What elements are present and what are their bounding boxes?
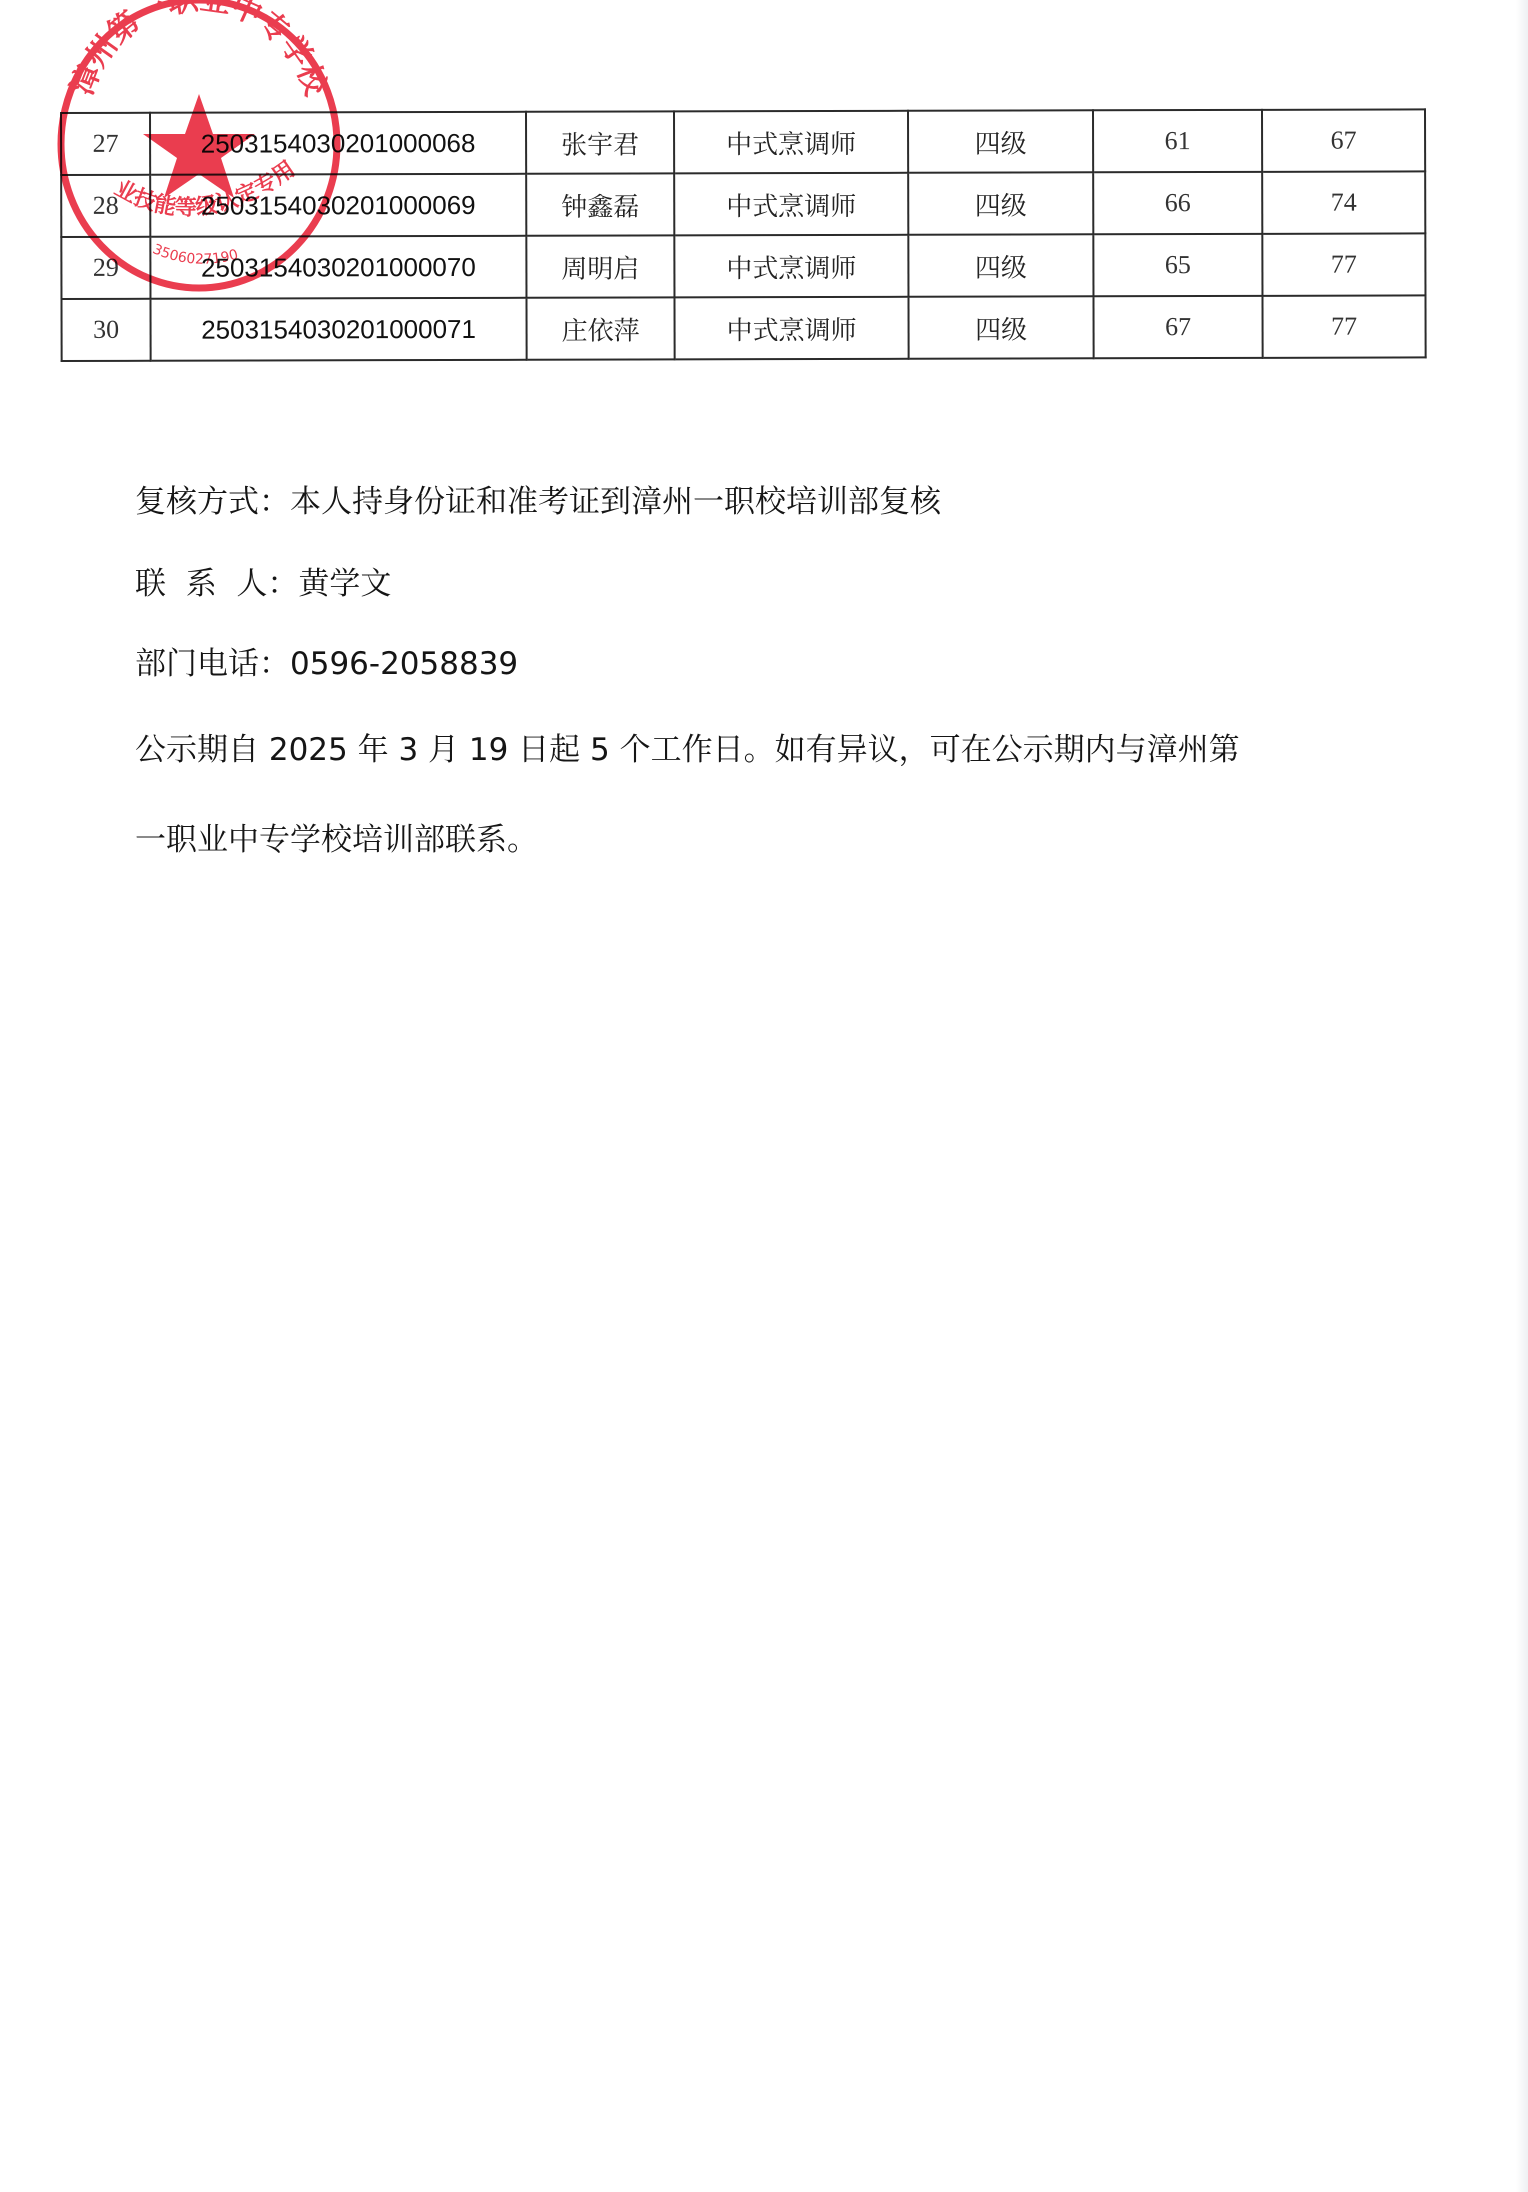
page-edge-shadow xyxy=(1516,0,1528,2192)
publicity-text-line-2: 一职业中专学校培训部联系。 xyxy=(135,820,538,860)
cell-occupation: 中式烹调师 xyxy=(674,235,908,298)
cell-no: 27 xyxy=(61,113,150,175)
review-method-text: 复核方式：本人持身份证和准考证到漳州一职校培训部复核 xyxy=(135,482,941,522)
cell-level: 四级 xyxy=(908,110,1093,172)
cell-exam-id: 2503154030201000071 xyxy=(150,298,526,361)
department-phone-text: 部门电话：0596-2058839 xyxy=(135,644,518,684)
publicity-text-line-1: 公示期自 2025 年 3 月 19 日起 5 个工作日。如有异议，可在公示期内… xyxy=(135,730,1240,770)
table-row: 28 2503154030201000069 钟鑫磊 中式烹调师 四级 66 7… xyxy=(61,171,1425,237)
cell-level: 四级 xyxy=(908,234,1093,296)
cell-score-1: 67 xyxy=(1093,296,1262,358)
cell-name: 庄依萍 xyxy=(526,297,674,359)
cell-occupation: 中式烹调师 xyxy=(674,297,908,360)
cell-no: 29 xyxy=(61,237,150,299)
cell-score-1: 61 xyxy=(1093,110,1262,172)
cell-no: 28 xyxy=(61,175,150,237)
cell-score-1: 66 xyxy=(1093,172,1262,234)
cell-score-1: 65 xyxy=(1093,234,1262,296)
cell-occupation: 中式烹调师 xyxy=(674,173,908,236)
cell-no: 30 xyxy=(61,299,150,361)
cell-score-2: 77 xyxy=(1262,295,1425,357)
cell-exam-id: 2503154030201000068 xyxy=(150,112,526,175)
score-table: 27 2503154030201000068 张宇君 中式烹调师 四级 61 6… xyxy=(60,108,1427,362)
cell-level: 四级 xyxy=(908,172,1093,234)
cell-score-2: 77 xyxy=(1262,233,1425,295)
cell-exam-id: 2503154030201000069 xyxy=(150,174,526,237)
cell-score-2: 67 xyxy=(1262,109,1425,171)
cell-score-2: 74 xyxy=(1262,171,1425,233)
seal-top-text: 漳州第一职业中专学校 xyxy=(65,0,334,101)
cell-name: 钟鑫磊 xyxy=(526,173,674,235)
cell-name: 周明启 xyxy=(526,235,674,297)
table-row: 30 2503154030201000071 庄依萍 中式烹调师 四级 67 7… xyxy=(61,295,1425,361)
cell-exam-id: 2503154030201000070 xyxy=(150,236,526,299)
cell-name: 张宇君 xyxy=(526,111,674,173)
table-row: 29 2503154030201000070 周明启 中式烹调师 四级 65 7… xyxy=(61,233,1425,299)
table-row: 27 2503154030201000068 张宇君 中式烹调师 四级 61 6… xyxy=(61,109,1425,175)
cell-level: 四级 xyxy=(908,296,1093,358)
cell-occupation: 中式烹调师 xyxy=(674,111,908,174)
contact-person-text: 联 系 人：黄学文 xyxy=(135,564,391,604)
